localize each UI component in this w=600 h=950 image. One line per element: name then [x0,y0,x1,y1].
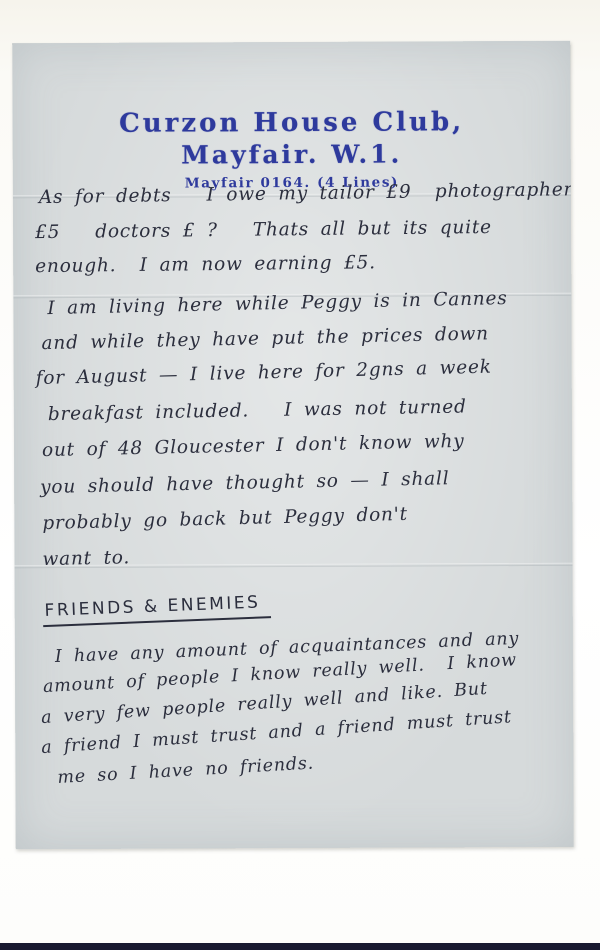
letter-line: want to. [42,547,130,570]
letter-line: I am living here while Peggy is in Canne… [47,288,508,319]
letter-line: enough. I am now earning £5. [35,252,376,277]
letter-line: for August — I live here for 2gns a week [35,357,492,390]
letter-line: out of 48 Gloucester I don't know why [42,431,465,461]
scan-edge-strip [0,943,600,950]
letterhead-address: Mayfair. W.1. [13,139,571,170]
letter-line: and while they have put the prices down [41,323,489,354]
letter-line: breakfast included. I was not turned [48,396,467,425]
letter-line: you should have thought so — I shall [40,468,450,498]
letter-line: probably go back but Peggy don't [42,504,408,534]
letter-paper: Curzon House Club, Mayfair. W.1. Mayfair… [12,41,574,849]
section-heading-friends-enemies: FRIENDS & ENEMIES [42,592,271,627]
letter-line: me so I have no friends. [57,753,315,788]
photo-background: { "photo": { "pencil_code": "-027", "pen… [0,0,600,950]
letter-line: £5 doctors £ ? Thats all but its quite [35,217,492,243]
letterhead-club-name: Curzon House Club, [13,107,571,139]
